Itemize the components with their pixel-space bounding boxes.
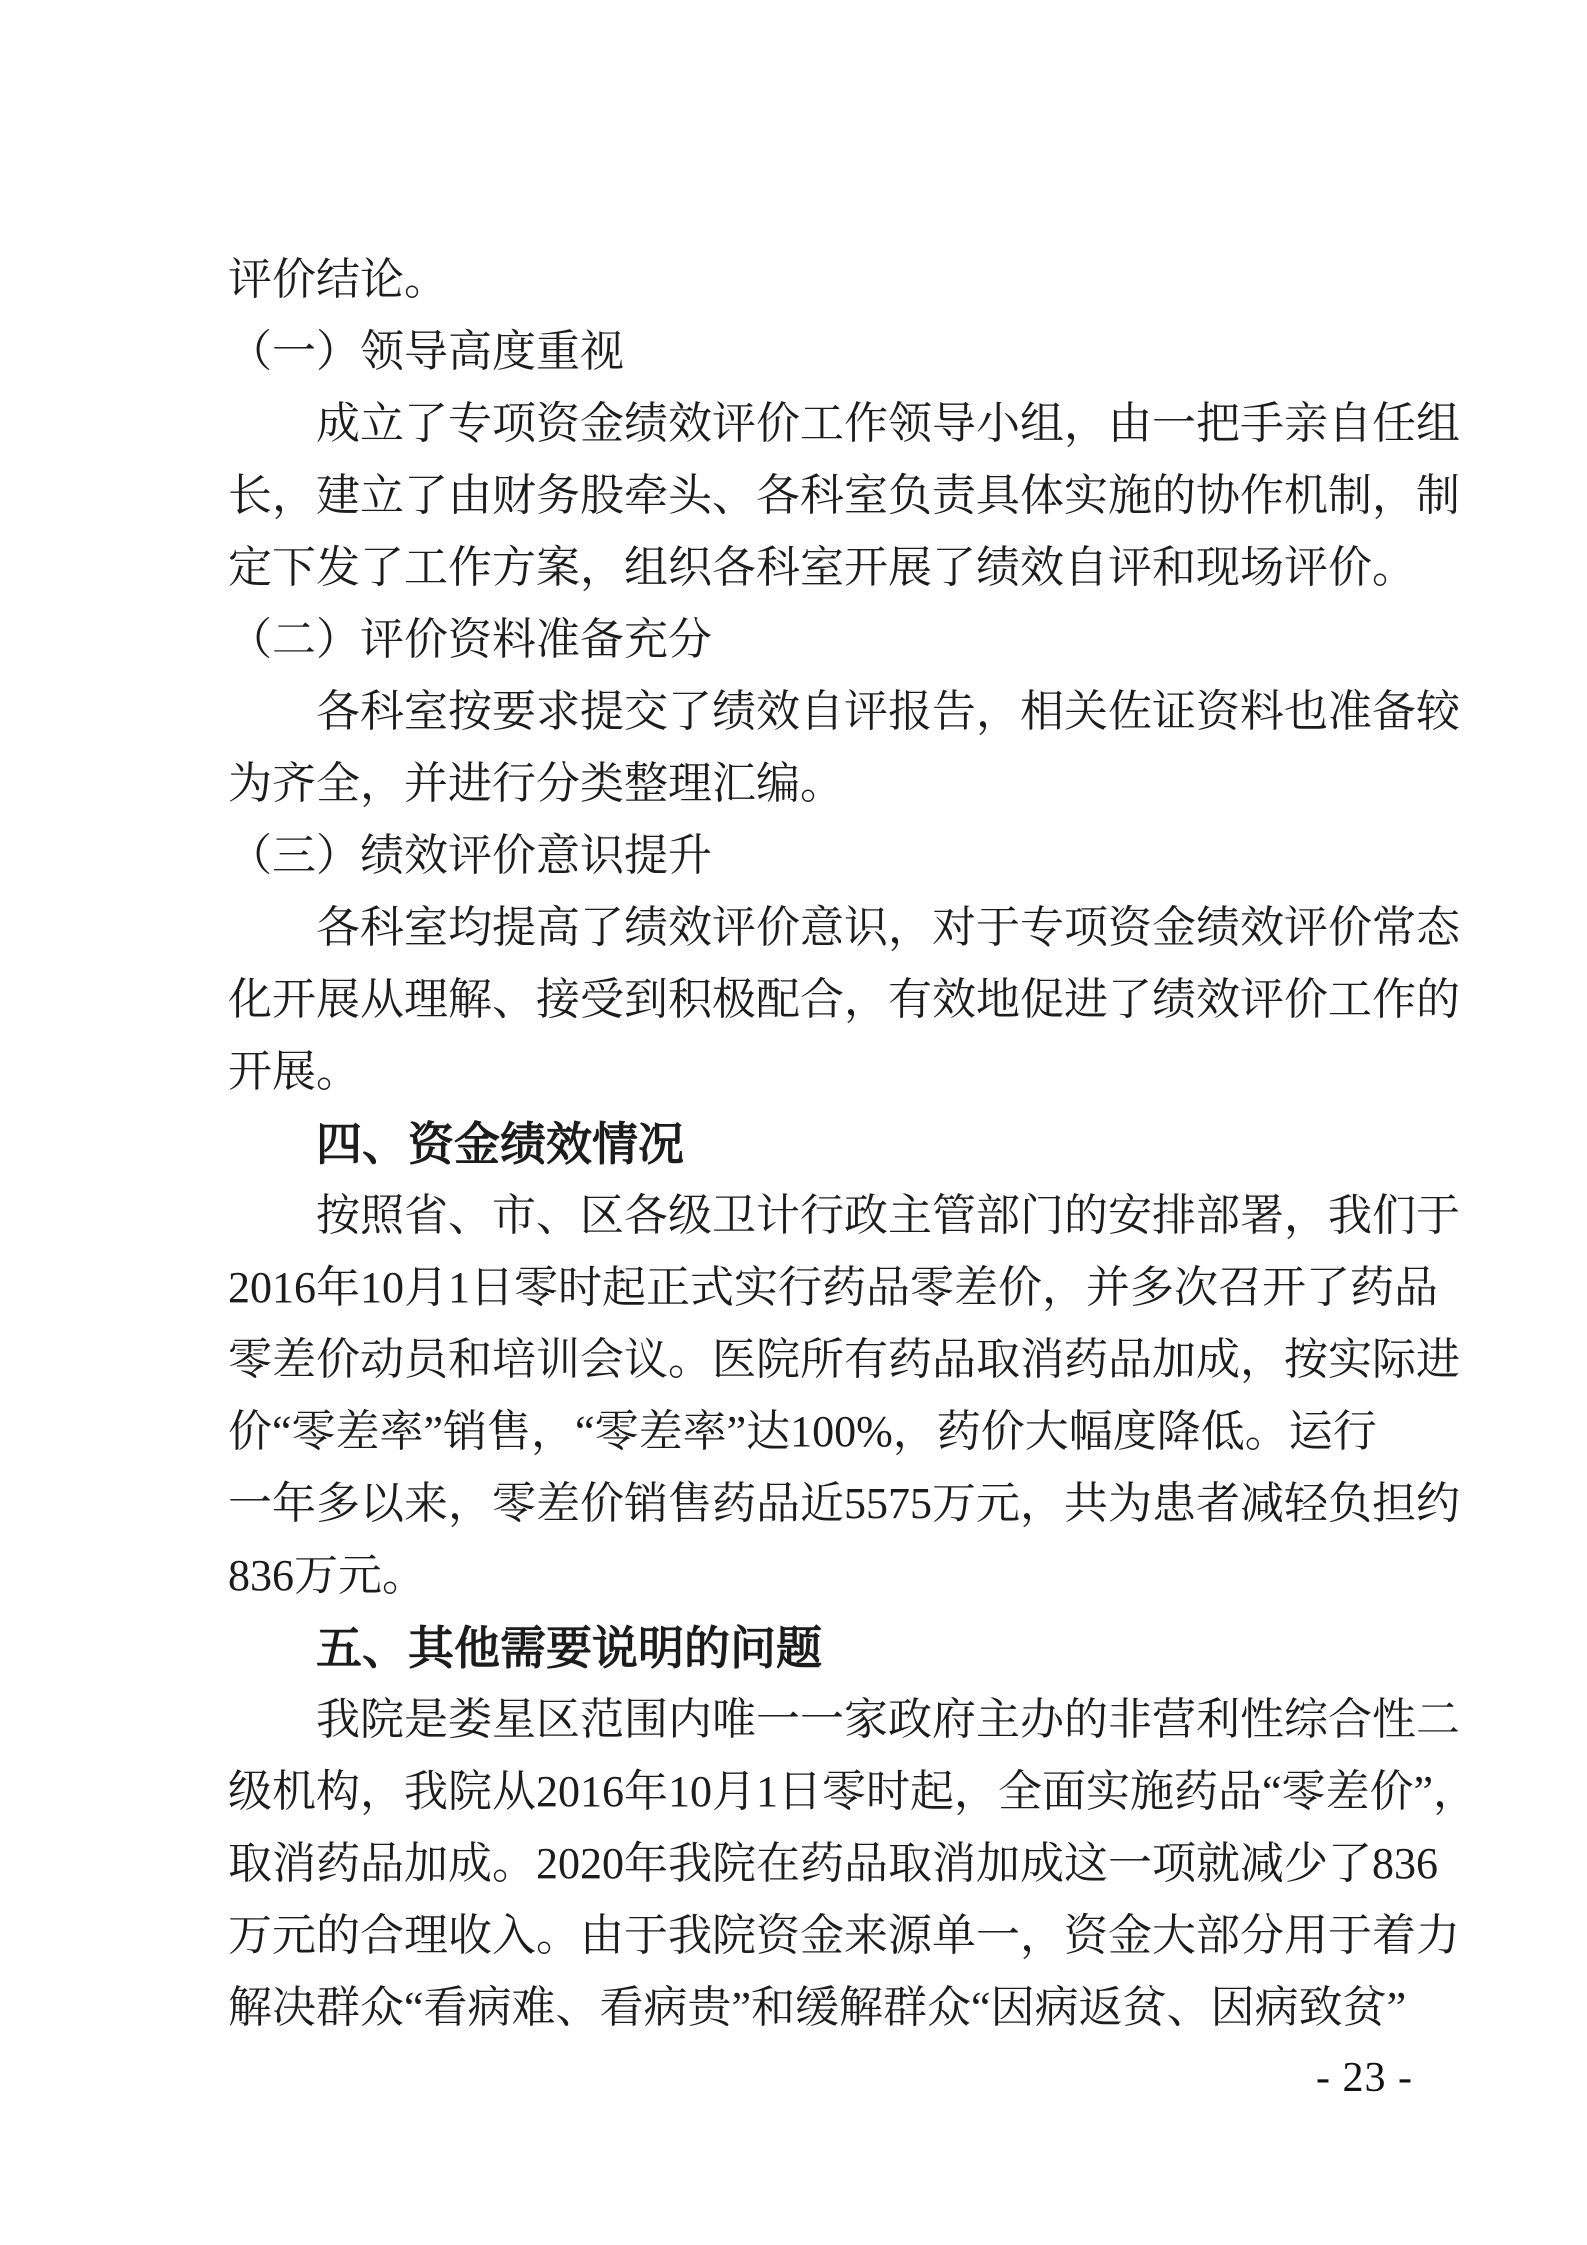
body-line: 成立了专项资金绩效评价工作领导小组，由一把手亲自任组 (228, 388, 1420, 460)
body-line: 长，建立了由财务股牵头、各科室负责具体实施的协作机制，制 (228, 460, 1420, 532)
sub-heading: （三）绩效评价意识提升 (228, 820, 1420, 892)
body-line: 万元的合理收入。由于我院资金来源单一，资金大部分用于着力 (228, 1900, 1420, 1972)
body-line: 我院是娄星区范围内唯一一家政府主办的非营利性综合性二 (228, 1684, 1420, 1756)
body-line: 级机构，我院从2016年10月1日零时起，全面实施药品“零差价”， (228, 1756, 1420, 1828)
body-line: 一年多以来，零差价销售药品近5575万元，共为患者减轻负担约 (228, 1468, 1420, 1540)
page-number: - 23 - (1316, 2050, 1413, 2106)
sub-heading: （二）评价资料准备充分 (228, 604, 1420, 676)
body-line: 解决群众“看病难、看病贵”和缓解群众“因病返贫、因病致贫” (228, 1972, 1420, 2044)
body-line: 2016年10月1日零时起正式实行药品零差价，并多次召开了药品 (228, 1252, 1420, 1324)
body-line: 评价结论。 (228, 244, 1420, 316)
body-line: 836万元。 (228, 1540, 1420, 1612)
body-line: 开展。 (228, 1036, 1420, 1108)
body-line: 为齐全，并进行分类整理汇编。 (228, 748, 1420, 820)
body-line: 零差价动员和培训会议。医院所有药品取消药品加成，按实际进 (228, 1324, 1420, 1396)
body-line: 各科室均提高了绩效评价意识，对于专项资金绩效评价常态 (228, 892, 1420, 964)
body-line: 按照省、市、区各级卫计行政主管部门的安排部署，我们于 (228, 1180, 1420, 1252)
body-line: 化开展从理解、接受到积极配合，有效地促进了绩效评价工作的 (228, 964, 1420, 1036)
body-line: 定下发了工作方案，组织各科室开展了绩效自评和现场评价。 (228, 532, 1420, 604)
body-line: 各科室按要求提交了绩效自评报告，相关佐证资料也准备较 (228, 676, 1420, 748)
document-page: 评价结论。（一）领导高度重视成立了专项资金绩效评价工作领导小组，由一把手亲自任组… (0, 0, 1587, 2245)
body-line: 取消药品加成。2020年我院在药品取消加成这一项就减少了836 (228, 1828, 1420, 1900)
document-body: 评价结论。（一）领导高度重视成立了专项资金绩效评价工作领导小组，由一把手亲自任组… (228, 244, 1420, 2044)
body-line: 价“零差率”销售，“零差率”达100%，药价大幅度降低。运行 (228, 1396, 1420, 1468)
sub-heading: （一）领导高度重视 (228, 316, 1420, 388)
section-heading: 四、资金绩效情况 (228, 1108, 1420, 1180)
section-heading: 五、其他需要说明的问题 (228, 1612, 1420, 1684)
